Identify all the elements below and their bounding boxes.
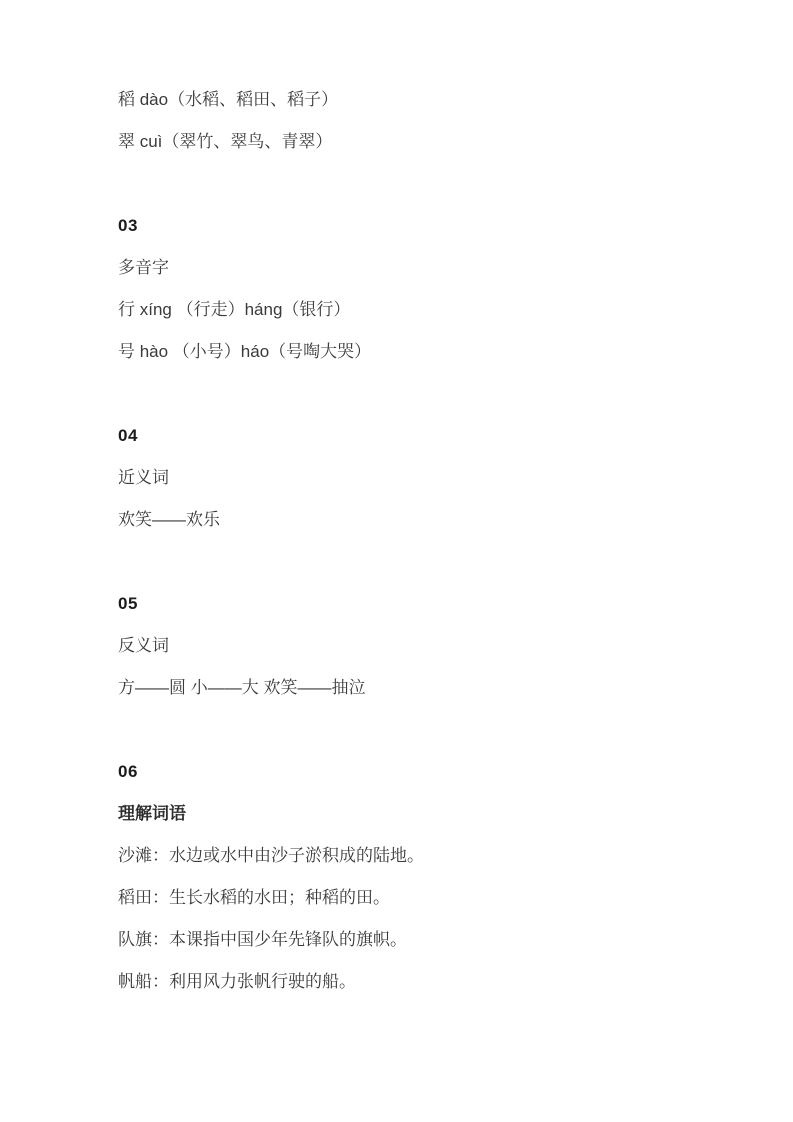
word-entry-line: 翠 cuì（翠竹、翠鸟、青翠） — [118, 121, 723, 163]
polyphone-line: 号 hào （小号）háo（号啕大哭） — [118, 331, 723, 373]
section-number: 03 — [118, 205, 723, 247]
section-title: 反义词 — [118, 625, 723, 667]
document-page: 稻 dào（水稻、稻田、稻子） 翠 cuì（翠竹、翠鸟、青翠） 03 多音字 行… — [0, 0, 793, 1122]
section-number: 04 — [118, 415, 723, 457]
section-duoyinzi: 03 多音字 行 xíng （行走）háng（银行） 号 hào （小号）háo… — [118, 205, 723, 373]
definition-line: 稻田：生长水稻的水田；种稻的田。 — [118, 877, 723, 919]
section-title: 多音字 — [118, 247, 723, 289]
definition-line: 帆船：利用风力张帆行驶的船。 — [118, 961, 723, 1003]
section-jinyici: 04 近义词 欢笑——欢乐 — [118, 415, 723, 541]
section-number: 06 — [118, 751, 723, 793]
synonym-line: 欢笑——欢乐 — [118, 499, 723, 541]
definition-line: 沙滩：水边或水中由沙子淤积成的陆地。 — [118, 835, 723, 877]
section-title: 近义词 — [118, 457, 723, 499]
section-fanyici: 05 反义词 方——圆 小——大 欢笑——抽泣 — [118, 583, 723, 709]
section-title: 理解词语 — [118, 793, 723, 835]
definition-line: 队旗：本课指中国少年先锋队的旗帜。 — [118, 919, 723, 961]
section-lijieciyu: 06 理解词语 沙滩：水边或水中由沙子淤积成的陆地。 稻田：生长水稻的水田；种稻… — [118, 751, 723, 1003]
polyphone-line: 行 xíng （行走）háng（银行） — [118, 289, 723, 331]
antonym-line: 方——圆 小——大 欢笑——抽泣 — [118, 667, 723, 709]
section-number: 05 — [118, 583, 723, 625]
word-entry-line: 稻 dào（水稻、稻田、稻子） — [118, 79, 723, 121]
